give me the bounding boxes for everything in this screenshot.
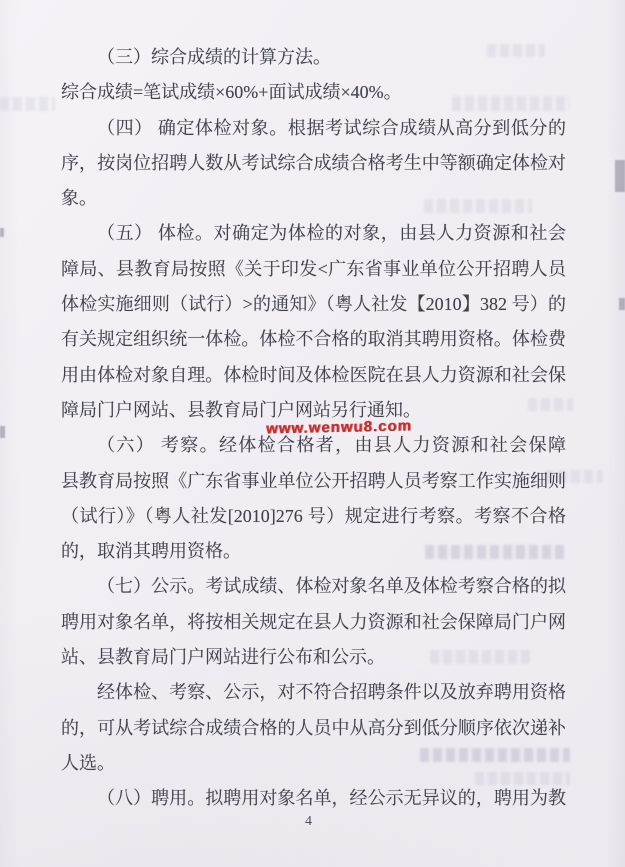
text-line: 站、县教育局门户网站进行公布和公示。 <box>61 640 566 675</box>
text-line: 体检实施细则（试行）>的通知》（粤人社发【2010】382 号）的 <box>61 287 566 322</box>
text-line: （七）公示。考试成绩、体检对象名单及体检考察合格的拟 <box>61 569 566 604</box>
text-line: 障局、县教育局按照《关于印发<广东省事业单位公开招聘人员 <box>61 252 566 287</box>
text-line: （试行）》（粤人社发[2010]276 号）规定进行考察。考察不合格 <box>61 499 566 534</box>
text-line: 县教育局按照《广东省事业单位公开招聘人员考察工作实施细则 <box>61 464 566 499</box>
text-line: 序，按岗位招聘人数从考试综合成绩合格考生中等额确定体检对 <box>61 146 566 181</box>
text-line: 用由体检对象自理。体检时间及体检医院在县人力资源和社会保 <box>61 358 566 393</box>
text-line: （八）聘用。拟聘用对象名单，经公示无异议的，聘用为教 <box>61 781 566 816</box>
text-line: 人选。 <box>61 746 566 781</box>
scan-edge-artifact <box>615 160 625 192</box>
scan-edge-artifact <box>0 228 4 237</box>
text-line: （四） 确定体检对象。根据考试综合成绩从高分到低分的顺 <box>61 111 566 146</box>
text-line: 象。 <box>61 181 566 216</box>
text-line: 有关规定组织统一体检。体检不合格的取消其聘用资格。体检费 <box>61 322 566 357</box>
site-watermark: www.wenwu8.com <box>266 417 412 437</box>
text-line: 的，可从考试综合成绩合格的人员中从高分到低分顺序依次递补 <box>61 711 566 746</box>
bleed-through-mark <box>0 97 55 111</box>
scanned-document-page: （三）综合成绩的计算方法。综合成绩=笔试成绩×60%+面试成绩×40%。（四） … <box>0 0 625 867</box>
text-line: 经体检、考察、公示，对不符合招聘条件以及放弃聘用资格 <box>61 675 566 710</box>
scan-edge-artifact <box>619 298 625 310</box>
text-line: （五） 体检。对确定为体检的对象，由县人力资源和社会保 <box>61 216 566 251</box>
text-line: （三）综合成绩的计算方法。 <box>61 40 566 75</box>
scan-edge-artifact <box>0 426 5 438</box>
text-line: 聘用对象名单，将按相关规定在县人力资源和社会保障局门户网 <box>61 605 566 640</box>
page-number: 4 <box>0 814 617 830</box>
text-line: 的，取消其聘用资格。 <box>61 534 566 569</box>
text-line: 综合成绩=笔试成绩×60%+面试成绩×40%。 <box>61 75 566 110</box>
